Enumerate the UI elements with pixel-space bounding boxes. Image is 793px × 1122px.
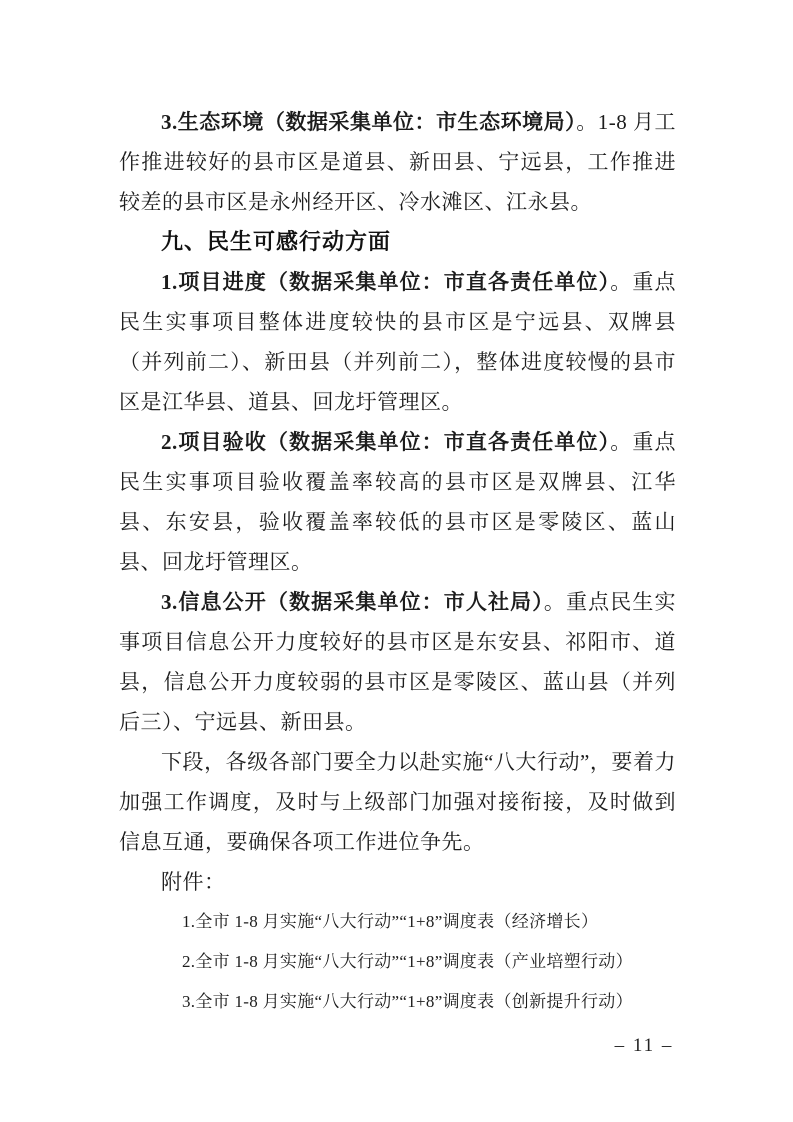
paragraph-info-disclosure: 3.信息公开（数据采集单位：市人社局）。重点民生实事项目信息公开力度较好的县市区… bbox=[119, 582, 676, 742]
attachment-item-2: 2.全市 1-8 月实施“八大行动”“1+8”调度表（产业培塑行动） bbox=[119, 942, 676, 982]
paragraph-closing: 下段，各级各部门要全力以赴实施“八大行动”，要着力加强工作调度，及时与上级部门加… bbox=[119, 742, 676, 862]
document-page: 3.生态环境（数据采集单位：市生态环境局）。1-8 月工作推进较好的县市区是道县… bbox=[0, 0, 793, 1122]
section-heading-livelihood-actions: 九、民生可感行动方面 bbox=[119, 222, 676, 262]
page-number: – 11 – bbox=[606, 1033, 682, 1059]
project-acceptance-lead: 2.项目验收（数据采集单位：市直各责任单位） bbox=[161, 430, 610, 454]
info-disclosure-lead: 3.信息公开（数据采集单位：市人社局） bbox=[161, 590, 544, 614]
document-content: 3.生态环境（数据采集单位：市生态环境局）。1-8 月工作推进较好的县市区是道县… bbox=[119, 102, 676, 1022]
attachment-item-1: 1.全市 1-8 月实施“八大行动”“1+8”调度表（经济增长） bbox=[119, 902, 676, 942]
attachments-label: 附件： bbox=[119, 862, 676, 902]
attachment-item-3: 3.全市 1-8 月实施“八大行动”“1+8”调度表（创新提升行动） bbox=[119, 982, 676, 1022]
paragraph-project-acceptance: 2.项目验收（数据采集单位：市直各责任单位）。重点民生实事项目验收覆盖率较高的县… bbox=[119, 422, 676, 582]
paragraph-eco-environment: 3.生态环境（数据采集单位：市生态环境局）。1-8 月工作推进较好的县市区是道县… bbox=[119, 102, 676, 222]
paragraph-project-progress: 1.项目进度（数据采集单位：市直各责任单位）。重点民生实事项目整体进度较快的县市… bbox=[119, 262, 676, 422]
eco-environment-lead: 3.生态环境（数据采集单位：市生态环境局） bbox=[161, 110, 576, 134]
project-progress-lead: 1.项目进度（数据采集单位：市直各责任单位） bbox=[161, 270, 610, 294]
